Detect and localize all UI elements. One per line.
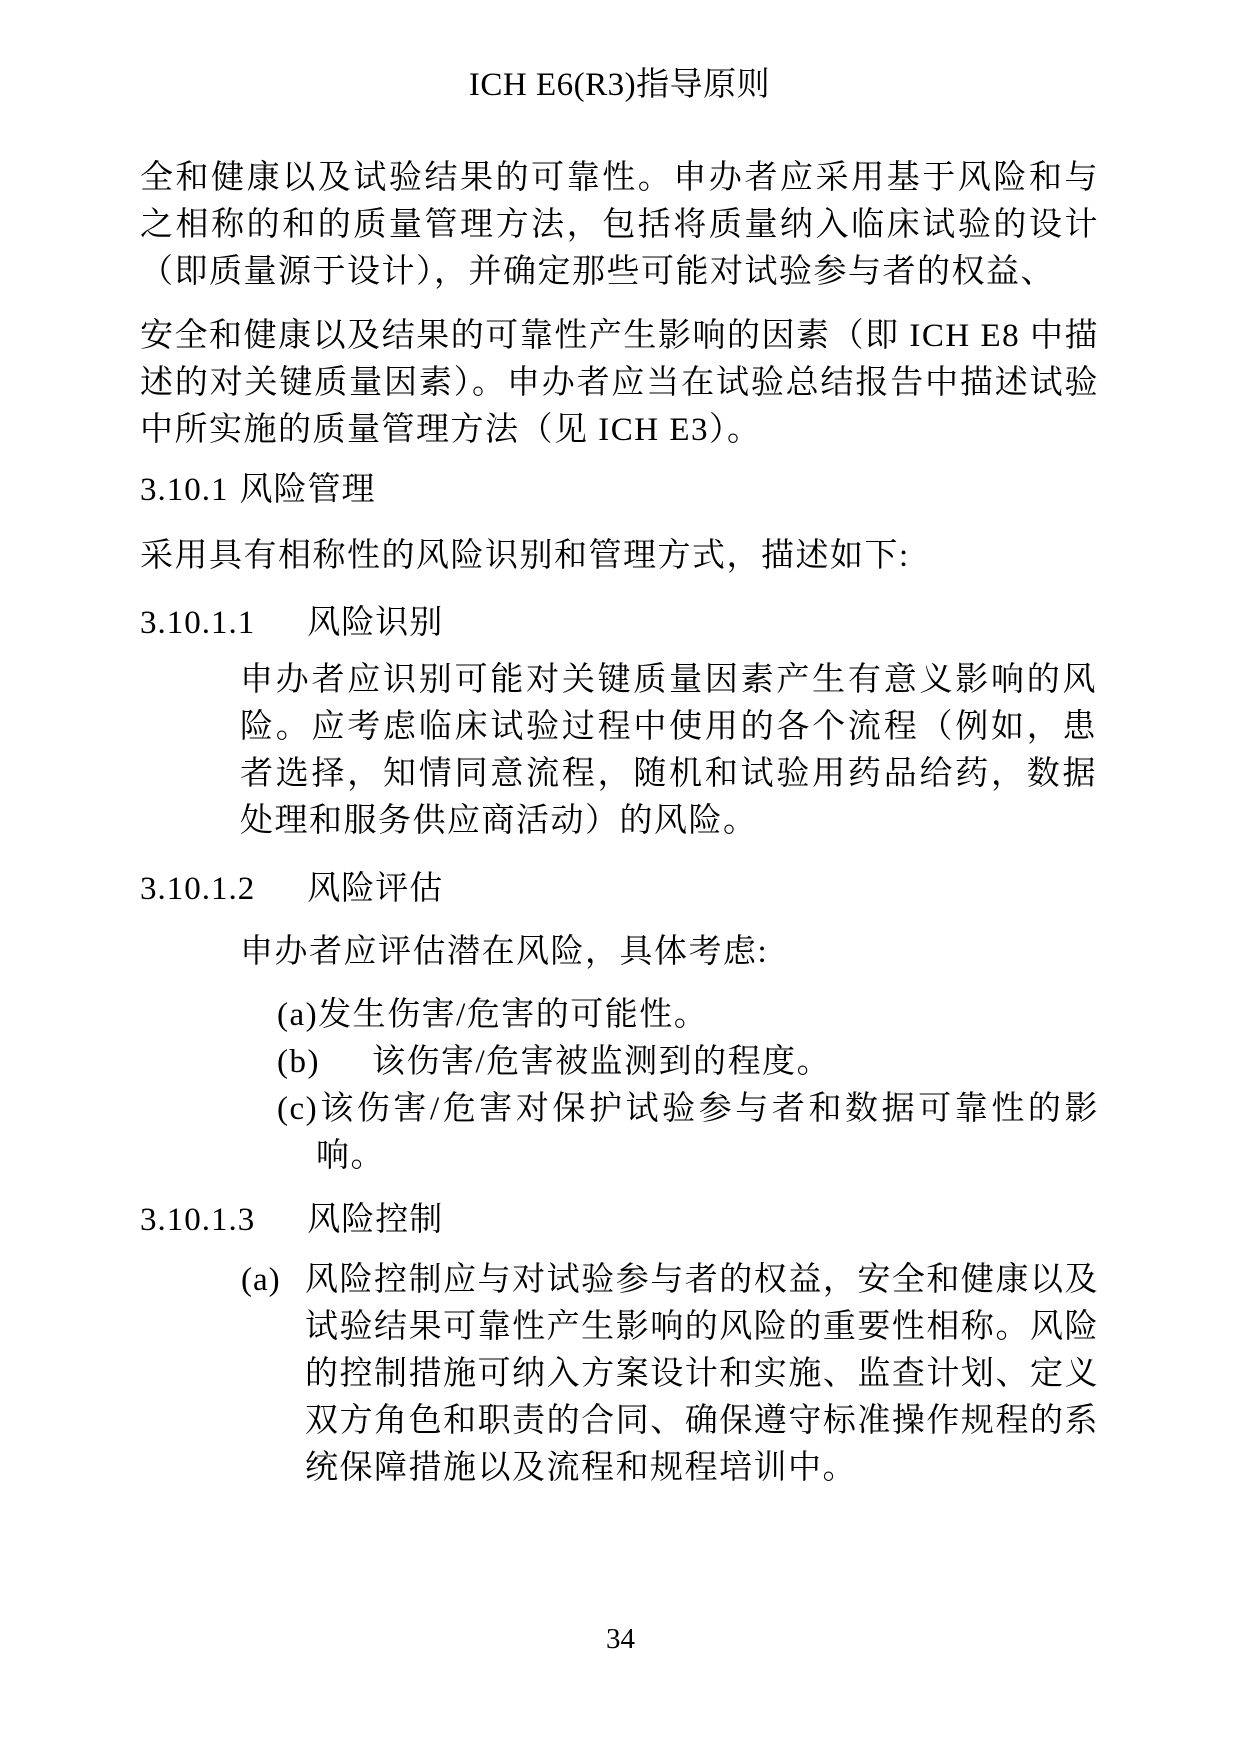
- list-item-marker: (a): [241, 1257, 305, 1492]
- section-title: 风险评估: [307, 871, 443, 907]
- section-heading-3-10-1-1: 3.10.1.1风险识别: [140, 600, 1099, 647]
- section-number: 3.10.1.2: [140, 866, 255, 913]
- paragraph-safety-quality: 全和健康以及试验结果的可靠性。申办者应采用基于风险和与之相称的和的质量管理方法，…: [140, 155, 1099, 296]
- section-number: 3.10.1: [140, 472, 229, 508]
- list-item-text: 发生伤害/危害的可能性。: [318, 997, 708, 1033]
- section-number: 3.10.1.1: [140, 600, 255, 647]
- risk-evaluation-list: (a)发生伤害/危害的可能性。 (b)该伤害/危害被监测到的程度。 (c)该伤害…: [140, 992, 1099, 1180]
- page-footer: 34: [0, 1621, 1241, 1657]
- list-item-marker: (a): [277, 997, 318, 1033]
- section-number: 3.10.1.3: [140, 1197, 255, 1244]
- paragraph-risk-identification-body: 申办者应识别可能对关键质量因素产生有意义影响的风险。应考虑临床试验过程中使用的各…: [240, 657, 1097, 845]
- risk-control-list-item: (a) 风险控制应与对试验参与者的权益，安全和健康以及试验结果可靠性产生影响的风…: [241, 1257, 1099, 1492]
- section-title: 风险管理: [240, 472, 376, 508]
- page-title: ICH E6(R3)指导原则: [469, 67, 770, 103]
- section-title: 风险识别: [307, 605, 443, 641]
- section-heading-3-10-1: 3.10.1风险管理: [140, 467, 1099, 514]
- list-item-marker: (b): [277, 1044, 320, 1080]
- list-item: (c)该伤害/危害对保护试验参与者和数据可靠性的影响。: [316, 1086, 1099, 1180]
- paragraph-risk-evaluation-intro: 申办者应评估潜在风险，具体考虑:: [240, 929, 1099, 976]
- paragraph-critical-quality-factors: 安全和健康以及结果的可靠性产生影响的因素（即 ICH E8 中描述的对关键质量因…: [140, 313, 1099, 454]
- section-title: 风险控制: [307, 1202, 443, 1238]
- document-page: ICH E6(R3)指导原则 全和健康以及试验结果的可靠性。申办者应采用基于风险…: [0, 0, 1241, 1755]
- list-item: (a)发生伤害/危害的可能性。: [316, 992, 1099, 1039]
- page-header: ICH E6(R3)指导原则: [140, 62, 1099, 109]
- list-item-marker: (c): [277, 1091, 318, 1127]
- list-item: (b)该伤害/危害被监测到的程度。: [316, 1039, 1099, 1086]
- list-item-text: 该伤害/危害对保护试验参与者和数据可靠性的影响。: [316, 1091, 1099, 1174]
- page-number: 34: [606, 1623, 635, 1655]
- paragraph-risk-management-intro: 采用具有相称性的风险识别和管理方式，描述如下:: [140, 533, 1099, 580]
- section-heading-3-10-1-3: 3.10.1.3风险控制: [140, 1197, 1099, 1244]
- list-item-text: 该伤害/危害被监测到的程度。: [372, 1044, 831, 1080]
- list-item-text: 风险控制应与对试验参与者的权益，安全和健康以及试验结果可靠性产生影响的风险的重要…: [305, 1257, 1099, 1492]
- section-heading-3-10-1-2: 3.10.1.2风险评估: [140, 866, 1099, 913]
